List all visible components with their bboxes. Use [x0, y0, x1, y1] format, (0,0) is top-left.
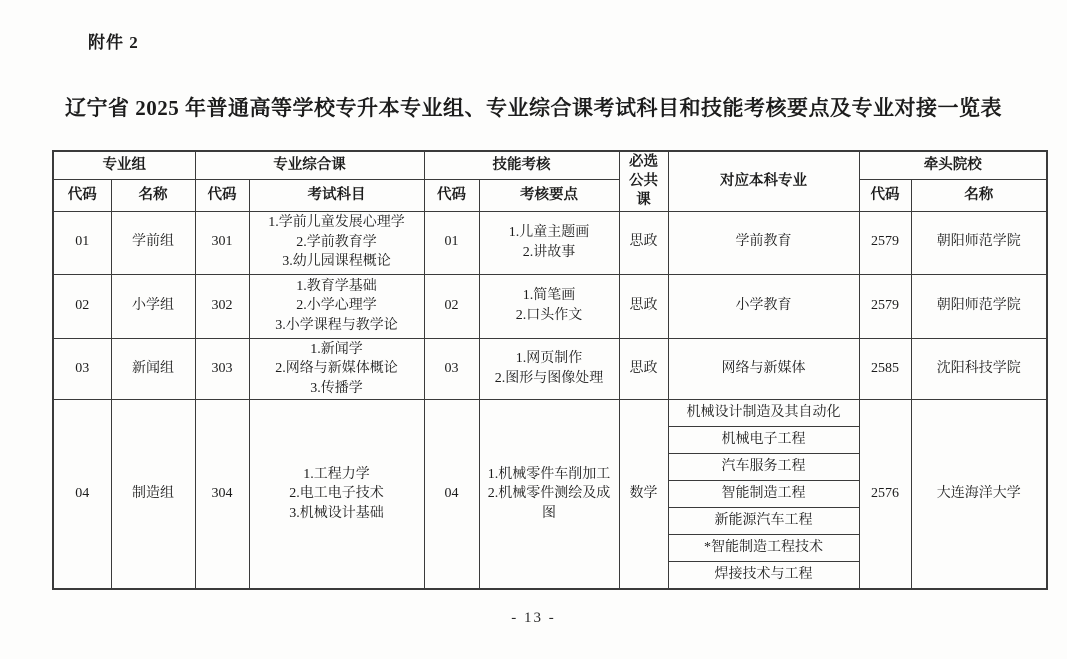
document-page: { "attachment_label": "附件 2", "title": "…: [0, 0, 1067, 659]
cell-college-name: 大连海洋大学: [911, 400, 1047, 589]
cell-college-code: 2579: [859, 211, 911, 274]
cell-public-course: 思政: [619, 274, 668, 338]
cell-skill-code: 04: [424, 400, 479, 589]
header-exam-subjects: 考试科目: [249, 179, 424, 211]
page-title: 辽宁省 2025 年普通高等学校专升本专业组、专业综合课考试科目和技能考核要点及…: [0, 92, 1067, 122]
cell-comp-code: 304: [195, 400, 249, 589]
cell-assessment-points: 1.简笔画 2.口头作文: [479, 274, 619, 338]
cell-skill-code: 01: [424, 211, 479, 274]
cell-mapped-major: *智能制造工程技术: [668, 535, 859, 562]
header-public-course: 必选公共课: [619, 151, 668, 211]
cell-skill-code: 02: [424, 274, 479, 338]
header-row-subcolumns: 代码 名称 代码 考试科目 代码 考核要点 代码 名称: [53, 179, 1047, 211]
cell-mapped-major: 智能制造工程: [668, 481, 859, 508]
cell-comp-code: 301: [195, 211, 249, 274]
table-row: 01 学前组 301 1.学前儿童发展心理学 2.学前教育学 3.幼儿园课程概论…: [53, 211, 1047, 274]
cell-exam-subjects: 1.工程力学 2.电工电子技术 3.机械设计基础: [249, 400, 424, 589]
cell-college-code: 2576: [859, 400, 911, 589]
cell-assessment-points: 1.网页制作 2.图形与图像处理: [479, 338, 619, 400]
table-row: 02 小学组 302 1.教育学基础 2.小学心理学 3.小学课程与教学论 02…: [53, 274, 1047, 338]
exam-mapping-table: 专业组 专业综合课 技能考核 必选公共课 对应本科专业 牵头院校 代码 名称 代…: [52, 150, 1048, 590]
cell-mapped-major: 小学教育: [668, 274, 859, 338]
header-group-name: 名称: [111, 179, 195, 211]
cell-public-course: 数学: [619, 400, 668, 589]
cell-college-code: 2579: [859, 274, 911, 338]
cell-group-code: 04: [53, 400, 111, 589]
cell-public-course: 思政: [619, 211, 668, 274]
cell-comp-code: 302: [195, 274, 249, 338]
cell-exam-subjects: 1.教育学基础 2.小学心理学 3.小学课程与教学论: [249, 274, 424, 338]
header-assessment-points: 考核要点: [479, 179, 619, 211]
cell-mapped-major: 焊接技术与工程: [668, 562, 859, 589]
attachment-label: 附件 2: [88, 28, 139, 53]
header-group-code: 代码: [53, 179, 111, 211]
cell-exam-subjects: 1.学前儿童发展心理学 2.学前教育学 3.幼儿园课程概论: [249, 211, 424, 274]
cell-public-course: 思政: [619, 338, 668, 400]
table-row: 04 制造组 304 1.工程力学 2.电工电子技术 3.机械设计基础 04 1…: [53, 400, 1047, 427]
cell-group-code: 03: [53, 338, 111, 400]
cell-college-name: 沈阳科技学院: [911, 338, 1047, 400]
header-skill-exam: 技能考核: [424, 151, 619, 179]
cell-group-name: 制造组: [111, 400, 195, 589]
header-row-groups: 专业组 专业综合课 技能考核 必选公共课 对应本科专业 牵头院校: [53, 151, 1047, 179]
cell-college-name: 朝阳师范学院: [911, 211, 1047, 274]
cell-group-code: 02: [53, 274, 111, 338]
header-comprehensive-course: 专业综合课: [195, 151, 424, 179]
cell-college-name: 朝阳师范学院: [911, 274, 1047, 338]
cell-mapped-major: 机械电子工程: [668, 427, 859, 454]
cell-assessment-points: 1.机械零件车削加工 2.机械零件测绘及成图: [479, 400, 619, 589]
header-skill-code: 代码: [424, 179, 479, 211]
table-row: 03 新闻组 303 1.新闻学 2.网络与新媒体概论 3.传播学 03 1.网…: [53, 338, 1047, 400]
cell-group-code: 01: [53, 211, 111, 274]
cell-mapped-major: 网络与新媒体: [668, 338, 859, 400]
cell-mapped-major: 新能源汽车工程: [668, 508, 859, 535]
cell-college-code: 2585: [859, 338, 911, 400]
cell-group-name: 新闻组: [111, 338, 195, 400]
cell-skill-code: 03: [424, 338, 479, 400]
cell-assessment-points: 1.儿童主题画 2.讲故事: [479, 211, 619, 274]
cell-comp-code: 303: [195, 338, 249, 400]
cell-mapped-major: 学前教育: [668, 211, 859, 274]
cell-group-name: 学前组: [111, 211, 195, 274]
cell-mapped-major: 汽车服务工程: [668, 454, 859, 481]
header-mapped-major: 对应本科专业: [668, 151, 859, 211]
cell-group-name: 小学组: [111, 274, 195, 338]
page-number: - 13 -: [0, 610, 1067, 627]
cell-mapped-major: 机械设计制造及其自动化: [668, 400, 859, 427]
header-college-name: 名称: [911, 179, 1047, 211]
header-college-code: 代码: [859, 179, 911, 211]
cell-exam-subjects: 1.新闻学 2.网络与新媒体概论 3.传播学: [249, 338, 424, 400]
header-lead-college: 牵头院校: [859, 151, 1047, 179]
header-comp-code: 代码: [195, 179, 249, 211]
header-major-group: 专业组: [53, 151, 195, 179]
